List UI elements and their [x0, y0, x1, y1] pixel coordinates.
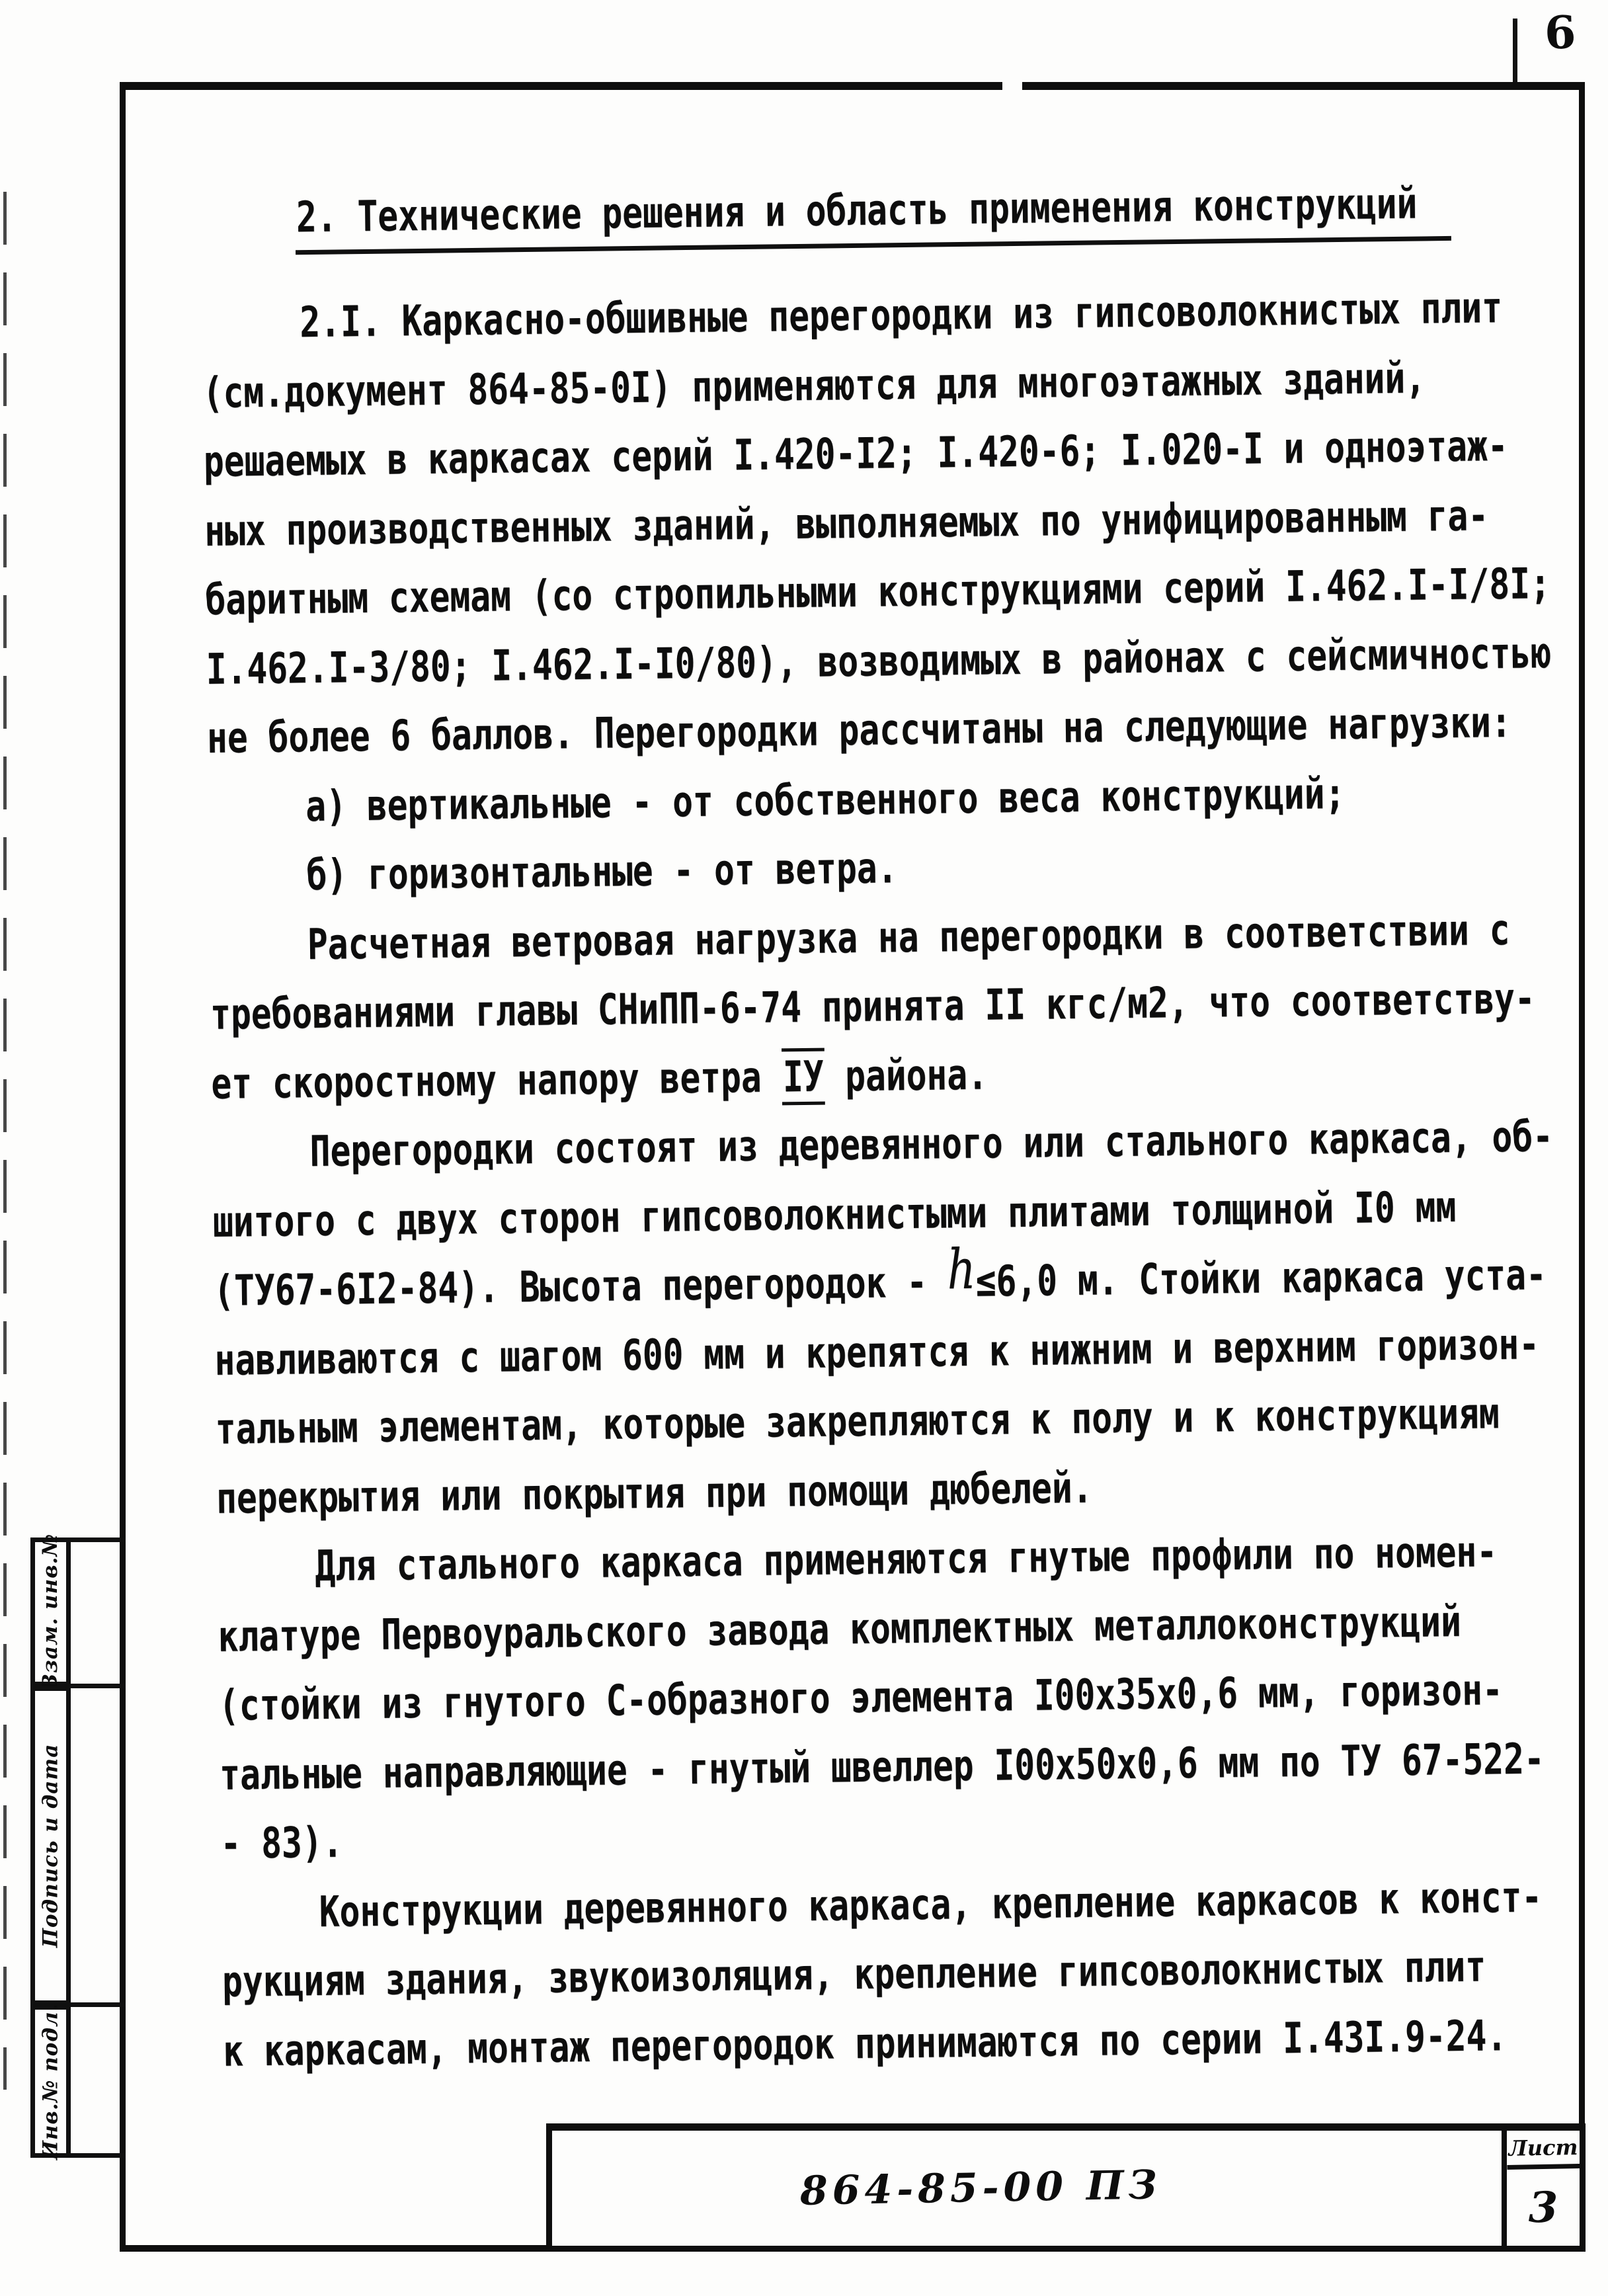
text-segment: рукциям здания, звукоизоляция, крепление…: [222, 1942, 1486, 2006]
text-segment: к каркасам, монтаж перегородок принимают…: [223, 2012, 1507, 2076]
text-segment: навливаются с шагом 600 мм и крепятся к …: [214, 1320, 1539, 1385]
text-segment: шитого с двух сторон гипсоволокнистыми п…: [213, 1182, 1457, 1247]
underlined-roman-numeral: IУ: [782, 1047, 825, 1105]
document-code: 864-85-00 ПЗ: [799, 2162, 1162, 2215]
section-heading: 2. Технические решения и область примене…: [295, 181, 1451, 255]
handwritten-h-symbol: h: [947, 1270, 976, 1270]
text-segment: (стойки из гнутого С-образного элемента …: [218, 1666, 1503, 1731]
text-segment: Конструкции деревянного каркаса, креплен…: [319, 1873, 1542, 1937]
stamp-divider-line: [69, 1684, 126, 1688]
text-segment: I.462.I-3/80; I.462.I-I0/80), возводимых…: [206, 629, 1551, 694]
sheet-number: 3: [1507, 2169, 1580, 2246]
text-segment: перекрытия или покрытия при помощи дюбел…: [216, 1463, 1093, 1523]
text-segment: 2.I. Каркасно-обшивные перегородки из ги…: [300, 284, 1502, 347]
text-segment: ≤6,0 м. Стойки каркаса уста-: [975, 1250, 1547, 1307]
body-text: 2.I. Каркасно-обшивные перегородки из ги…: [202, 268, 1608, 2086]
stamp-label-vzam-inv: Взам. инв.№: [39, 1533, 63, 1690]
stamp-divider-line: [69, 2153, 126, 2158]
text-segment: ет скоростному напору ветра: [211, 1053, 782, 1109]
text-segment: ных производственных зданий, выполняемых…: [204, 491, 1489, 556]
title-block-sheet-column: Лист 3: [1502, 2131, 1580, 2246]
text-segment: баритным схемам (со стропильными констру…: [205, 559, 1550, 625]
typewritten-content: 2. Технические решения и область примене…: [0, 0, 1608, 2296]
text-segment: тальным элементам, которые закрепляются …: [215, 1389, 1500, 1454]
stamp-divider-line: [69, 2002, 126, 2007]
text-segment: (ТУ67-6I2-84). Высота перегородок -: [214, 1258, 948, 1316]
text-segment: решаемых в каркасах серий I.420-I2; I.42…: [203, 422, 1508, 487]
text-segment: Перегородки состоят из деревянного или с…: [309, 1112, 1553, 1176]
title-block-main-cell: 864-85-00 ПЗ: [552, 2131, 1502, 2246]
text-segment: а) вертикальные - от собственного веса к…: [305, 769, 1346, 831]
text-segment: района.: [824, 1050, 988, 1101]
stamp-cell-podpis-data: Подпись и дата: [30, 1686, 71, 2005]
stamp-divider-line: [69, 1537, 126, 1542]
text-segment: б) горизонтальные - от ветра.: [306, 844, 898, 900]
scanned-document-page: 6 2. Технические решения и область приме…: [0, 0, 1608, 2296]
text-segment: Для стального каркаса применяются гнутые…: [315, 1528, 1498, 1591]
text-segment: не более 6 баллов. Перегородки рассчитан…: [207, 698, 1512, 763]
stamp-cell-inv-podl: Инв.№ подл.: [30, 2005, 71, 2158]
text-segment: требованиями главы СНиПП-6-74 принята II…: [210, 974, 1535, 1039]
stamp-label-podpis-data: Подпись и дата: [39, 1744, 63, 1948]
title-block: 864-85-00 ПЗ Лист 3: [546, 2123, 1586, 2252]
text-segment: (см.документ 864-85-0I) применяются для …: [202, 354, 1426, 418]
text-segment: клатуре Первоуральского завода комплектн…: [218, 1597, 1461, 1661]
stamp-cell-vzam-inv: Взам. инв.№: [30, 1537, 71, 1686]
text-segment: Расчетная ветровая нагрузка на перегород…: [307, 905, 1509, 969]
text-segment: тальные направляющие - гнутый швеллер I0…: [220, 1735, 1545, 1799]
sheet-label: Лист: [1507, 2130, 1580, 2170]
stamp-label-inv-podl: Инв.№ подл.: [39, 2003, 63, 2160]
text-segment: - 83).: [220, 1819, 343, 1869]
